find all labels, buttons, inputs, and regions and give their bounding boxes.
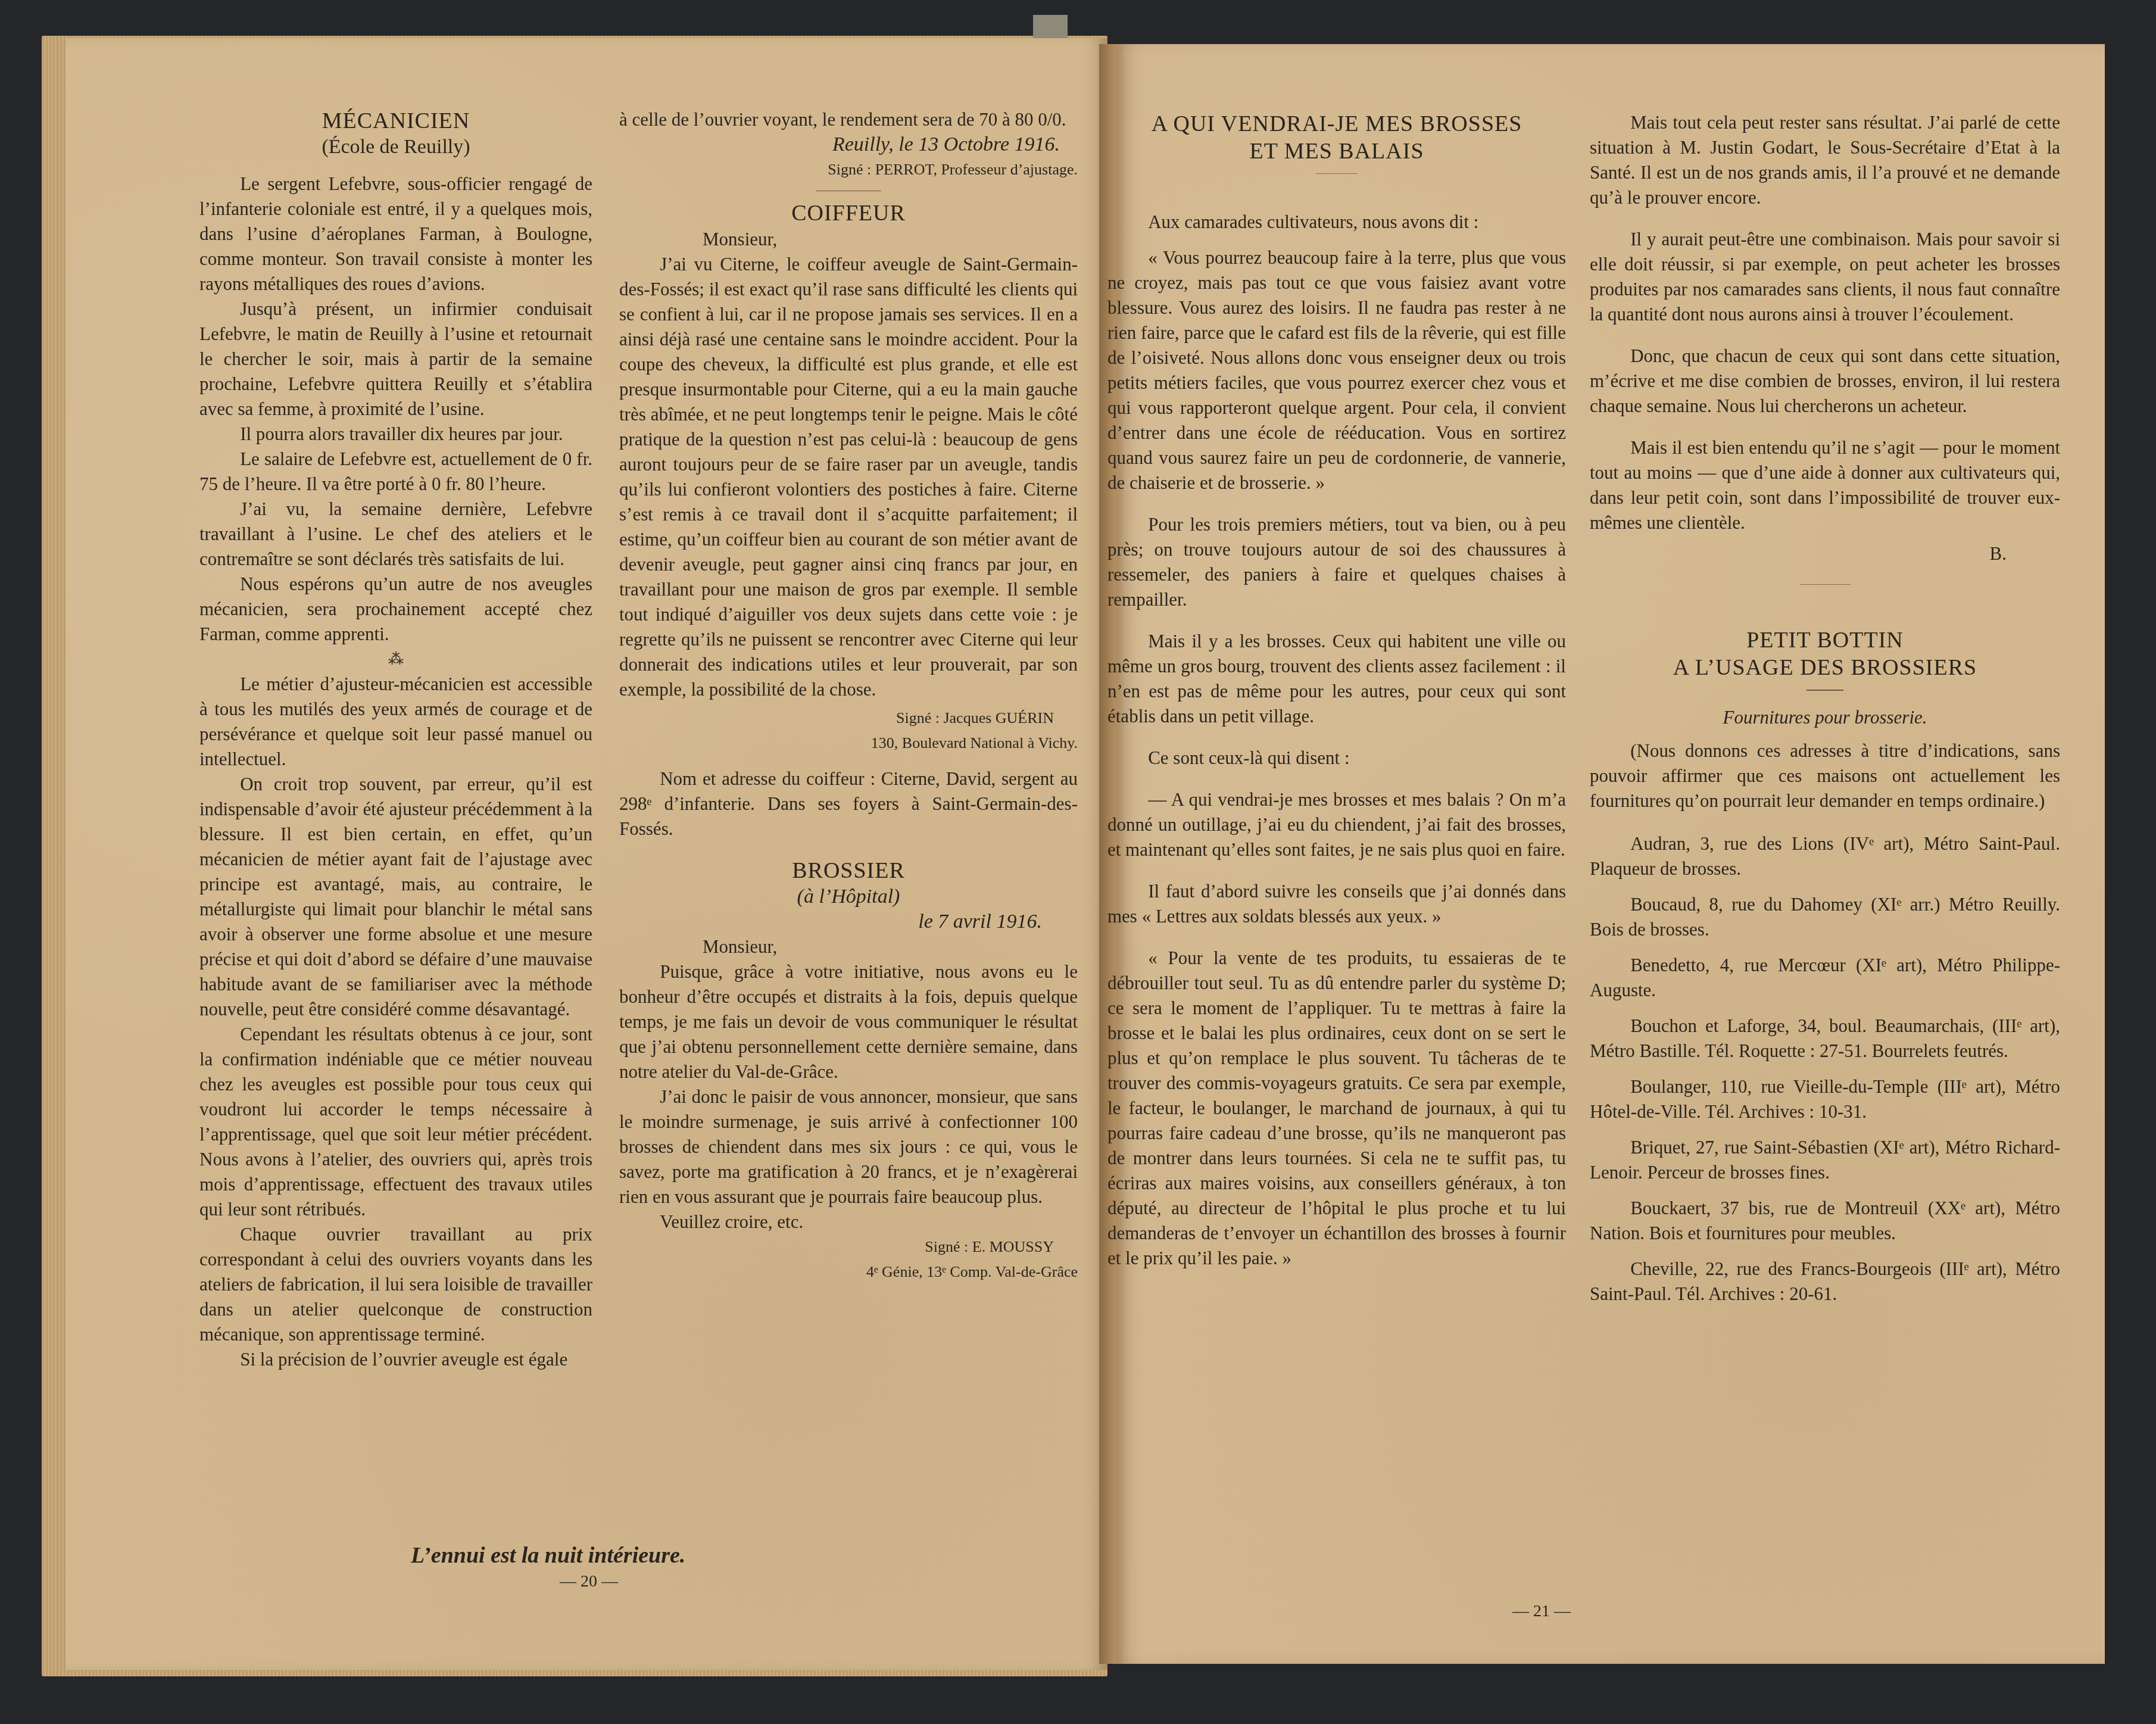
paragraph: Le sergent Lefebvre, sous-officier renga… — [199, 172, 592, 297]
paragraph: Jusqu’à présent, un infirmier conduisait… — [199, 297, 592, 422]
paragraph: J’ai vu, la semaine dernière, Lefebvre t… — [199, 497, 592, 572]
list-item-supplier: Benedetto, 4, rue Mercœur (XIᵉ art), Mét… — [1590, 953, 2060, 1003]
paragraph: Cependant les résultats obtenus à ce jou… — [199, 1022, 592, 1222]
paragraph: Donc, que chacun de ceux qui sont dans c… — [1590, 344, 2060, 419]
paragraph: Il y aurait peut-être une combinaison. M… — [1590, 227, 2060, 327]
paragraph: « Pour la vente de tes produits, tu essa… — [1107, 946, 1566, 1271]
paragraph: « Vous pourrez beaucoup faire à la terre… — [1107, 245, 1566, 495]
page-number-right: — 21 — — [1512, 1602, 1571, 1621]
paragraph: J’ai vu Citerne, le coiffeur aveugle de … — [619, 252, 1078, 702]
signature-moussy: Signé : E. MOUSSY — [619, 1234, 1078, 1260]
divider — [1800, 584, 1851, 585]
paragraph: J’ai donc le paisir de vous annoncer, mo… — [619, 1084, 1078, 1209]
salutation: Monsieur, — [619, 934, 1078, 959]
list-item-supplier: Boucaud, 8, rue du Dahomey (XIᵉ arr.) Mé… — [1590, 892, 2060, 942]
article-subtitle: (École de Reuilly) — [199, 135, 592, 160]
section-title-line-1: PETIT BOTTIN — [1590, 626, 2060, 654]
paragraph: Il faut d’abord suivre les conseils que … — [1107, 879, 1566, 929]
page-motto: L’ennui est la nuit intérieure. — [411, 1542, 685, 1569]
list-item-supplier: Bouchon et Laforge, 34, boul. Beaumarcha… — [1590, 1014, 2060, 1064]
letter-date: le 7 avril 1916. — [619, 909, 1078, 934]
paragraph: Si la précision de l’ouvrier aveugle est… — [199, 1347, 592, 1372]
section-title-line-2: A L’USAGE DES BROSSIERS — [1590, 654, 2060, 681]
paragraph: Aux camarades cultivateurs, nous avons d… — [1107, 210, 1566, 235]
signature-unit: 4ᵉ Génie, 13ᵉ Comp. Val-de-Grâce — [619, 1260, 1078, 1285]
paragraph: Mais tout cela peut rester sans résultat… — [1590, 110, 2060, 210]
article-title-line-1: A QUI VENDRAI-JE MES BROSSES — [1107, 110, 1566, 138]
paragraph: — A qui vendrai-je mes brosses et mes ba… — [1107, 787, 1566, 862]
signature-guerin: Signé : Jacques GUÉRIN — [619, 706, 1078, 731]
page-number-left: — 20 — — [560, 1572, 618, 1591]
paragraph: Mais il y a les brosses. Ceux qui habite… — [1107, 629, 1566, 729]
column-1: MÉCANICIEN (École de Reuilly) Le sergent… — [199, 107, 592, 1372]
salutation: Monsieur, — [619, 227, 1078, 252]
list-item-supplier: Briquet, 27, rue Saint-Sébastien (XIᵉ ar… — [1590, 1135, 2060, 1185]
article-subtitle: (à l’Hôpital) — [619, 884, 1078, 909]
divider — [1316, 173, 1358, 174]
list-item-supplier: Cheville, 22, rue des Francs-Bourgeois (… — [1590, 1257, 2060, 1307]
list-item-supplier: Boulanger, 110, rue Vieille-du-Temple (I… — [1590, 1074, 2060, 1124]
paragraph: Nous espérons qu’un autre de nos aveugle… — [199, 572, 592, 647]
column-2: à celle de l’ouvrier voyant, le rendemen… — [619, 107, 1078, 1285]
dateline: Reuilly, le 13 Octobre 1916. — [619, 132, 1078, 157]
paragraph: Mais il est bien entendu qu’il ne s’agit… — [1590, 435, 2060, 535]
article-title-mecanicien: MÉCANICIEN — [199, 107, 592, 135]
list-item-supplier: Audran, 3, rue des Lions (IVᵉ art), Métr… — [1590, 831, 2060, 881]
paragraph: Il pourra alors travailler dix heures pa… — [199, 422, 592, 447]
section-separator-asterism: ⁂ — [199, 647, 592, 672]
divider — [1806, 690, 1843, 691]
article-title-coiffeur: COIFFEUR — [619, 199, 1078, 227]
divider — [816, 191, 881, 191]
paragraph: Veuillez croire, etc. — [619, 1209, 1078, 1234]
article-title-brossier: BROSSIER — [619, 857, 1078, 884]
binding-tab — [1033, 15, 1068, 39]
paragraph-note: Nom et adresse du coiffeur : Citerne, Da… — [619, 766, 1078, 841]
paragraph: Ce sont ceux-là qui disent : — [1107, 746, 1566, 771]
list-item-supplier: Bouckaert, 37 bis, rue de Montreuil (XXᵉ… — [1590, 1196, 2060, 1246]
section-subtitle: Fournitures pour brosserie. — [1590, 705, 2060, 730]
paragraph-intro: (Nous donnons ces adresses à titre d’ind… — [1590, 738, 2060, 813]
paragraph: Puisque, grâce à votre initiative, nous … — [619, 959, 1078, 1084]
paragraph: On croit trop souvent, par erreur, qu’il… — [199, 772, 592, 1022]
article-title-line-2: ET MES BALAIS — [1107, 138, 1566, 165]
signature-perrot: Signé : PERROT, Professeur d’ajustage. — [619, 157, 1078, 182]
column-4: Mais tout cela peut rester sans résultat… — [1590, 110, 2060, 1307]
paragraph: Le salaire de Lefebvre est, actuellement… — [199, 447, 592, 497]
paragraph-continued: à celle de l’ouvrier voyant, le rendemen… — [619, 107, 1078, 132]
column-3: A QUI VENDRAI-JE MES BROSSES ET MES BALA… — [1107, 110, 1566, 1271]
paragraph: Le métier d’ajusteur-mécanicien est acce… — [199, 672, 592, 772]
signature-address: 130, Boulevard National à Vichy. — [619, 731, 1078, 756]
paragraph: Chaque ouvrier travaillant au prix corre… — [199, 1222, 592, 1347]
paragraph: Pour les trois premiers métiers, tout va… — [1107, 512, 1566, 612]
author-initial: B. — [1590, 541, 2060, 566]
